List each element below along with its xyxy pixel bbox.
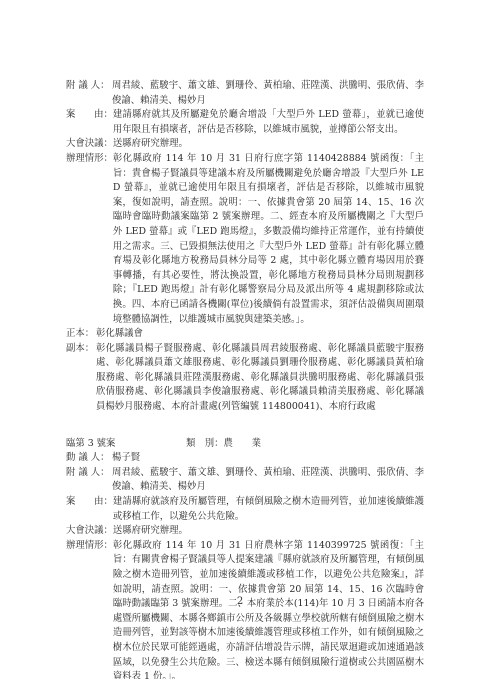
- handling-label: 辦理情形：: [66, 539, 113, 679]
- case3-resolution: 大會決議： 送縣府研究辦理。: [66, 524, 424, 539]
- case2-copy: 副本： 彰化縣議員楊子賢服務處、彰化縣議員周君綾服務處、彰化縣議員藍駿宇服務處、…: [66, 342, 424, 415]
- case-number: 臨第 3 號案: [66, 437, 186, 452]
- reason-label: 案 由：: [66, 495, 113, 524]
- reason-label: 案 由：: [66, 108, 113, 137]
- document-page: 附 議 人： 周君綾、藍駿宇、蕭文雄、劉珊伶、黃柏瑜、莊陞漢、洪騰明、張欣倩、李…: [66, 79, 424, 679]
- copy-value: 彰化縣議員楊子賢服務處、彰化縣議員周君綾服務處、彰化縣議員藍駿宇服務處、彰化縣議…: [96, 342, 424, 415]
- reason-value: 建請縣府就其及所屬避免於廳舍增設「大型戶外 LED 螢幕」，並就已逾使用年限且有…: [113, 108, 424, 137]
- case3-handling: 辦理情形： 彰化縣政府 114 年 10 月 31 日府農林字第 1140399…: [66, 539, 424, 679]
- case3-header: 臨第 3 號案 類 別：農 業: [66, 437, 424, 452]
- resolution-value: 送縣府研究辦理。: [113, 524, 424, 539]
- case3-co-proposers: 附 議 人： 周君綾、藍駿宇、蕭文雄、劉珊伶、黃柏瑜、莊陞漢、洪騰明、張欣倩、李…: [66, 466, 424, 495]
- case2-reason: 案 由： 建請縣府就其及所屬避免於廳舍增設「大型戶外 LED 螢幕」，並就已逾使…: [66, 108, 424, 137]
- resolution-label: 大會決議：: [66, 137, 113, 152]
- section-gap: [66, 415, 424, 437]
- case3-proposer: 動 議 人： 楊子賢: [66, 451, 424, 466]
- proposer-label: 動 議 人：: [66, 451, 112, 466]
- co-proposers-label: 附 議 人：: [66, 466, 112, 495]
- proposer-value: 楊子賢: [112, 451, 424, 466]
- handling-value: 彰化縣政府 114 年 10 月 31 日府行庶字第 1140428884 號函…: [113, 152, 424, 327]
- resolution-label: 大會決議：: [66, 524, 113, 539]
- case2-resolution: 大會決議： 送縣府研究辦理。: [66, 137, 424, 152]
- handling-label: 辦理情形：: [66, 152, 113, 327]
- co-proposers-label: 附 議 人：: [66, 79, 112, 108]
- page-number: 2: [0, 596, 480, 607]
- case2-original: 正本： 彰化縣議會: [66, 327, 424, 342]
- case2-handling: 辦理情形： 彰化縣政府 114 年 10 月 31 日府行庶字第 1140428…: [66, 152, 424, 327]
- case-category: 類 別：農 業: [186, 437, 261, 452]
- original-label: 正本：: [66, 327, 96, 342]
- co-proposers-value: 周君綾、藍駿宇、蕭文雄、劉珊伶、黃柏瑜、莊陞漢、洪騰明、張欣倩、李俊諭、賴清美、…: [112, 79, 424, 108]
- case2-co-proposers: 附 議 人： 周君綾、藍駿宇、蕭文雄、劉珊伶、黃柏瑜、莊陞漢、洪騰明、張欣倩、李…: [66, 79, 424, 108]
- co-proposers-value: 周君綾、藍駿宇、蕭文雄、劉珊伶、黃柏瑜、莊陞漢、洪騰明、張欣倩、李俊諭、賴清美、…: [112, 466, 424, 495]
- copy-label: 副本：: [66, 342, 96, 415]
- reason-value: 建請縣府就該府及所屬管理，有傾倒風險之樹木造冊列管，並加速後續維護或移植工作，以…: [113, 495, 424, 524]
- resolution-value: 送縣府研究辦理。: [113, 137, 424, 152]
- handling-value: 彰化縣政府 114 年 10 月 31 日府農林字第 1140399725 號函…: [113, 539, 424, 679]
- original-value: 彰化縣議會: [96, 327, 424, 342]
- case3-reason: 案 由： 建請縣府就該府及所屬管理，有傾倒風險之樹木造冊列管，並加速後續維護或移…: [66, 495, 424, 524]
